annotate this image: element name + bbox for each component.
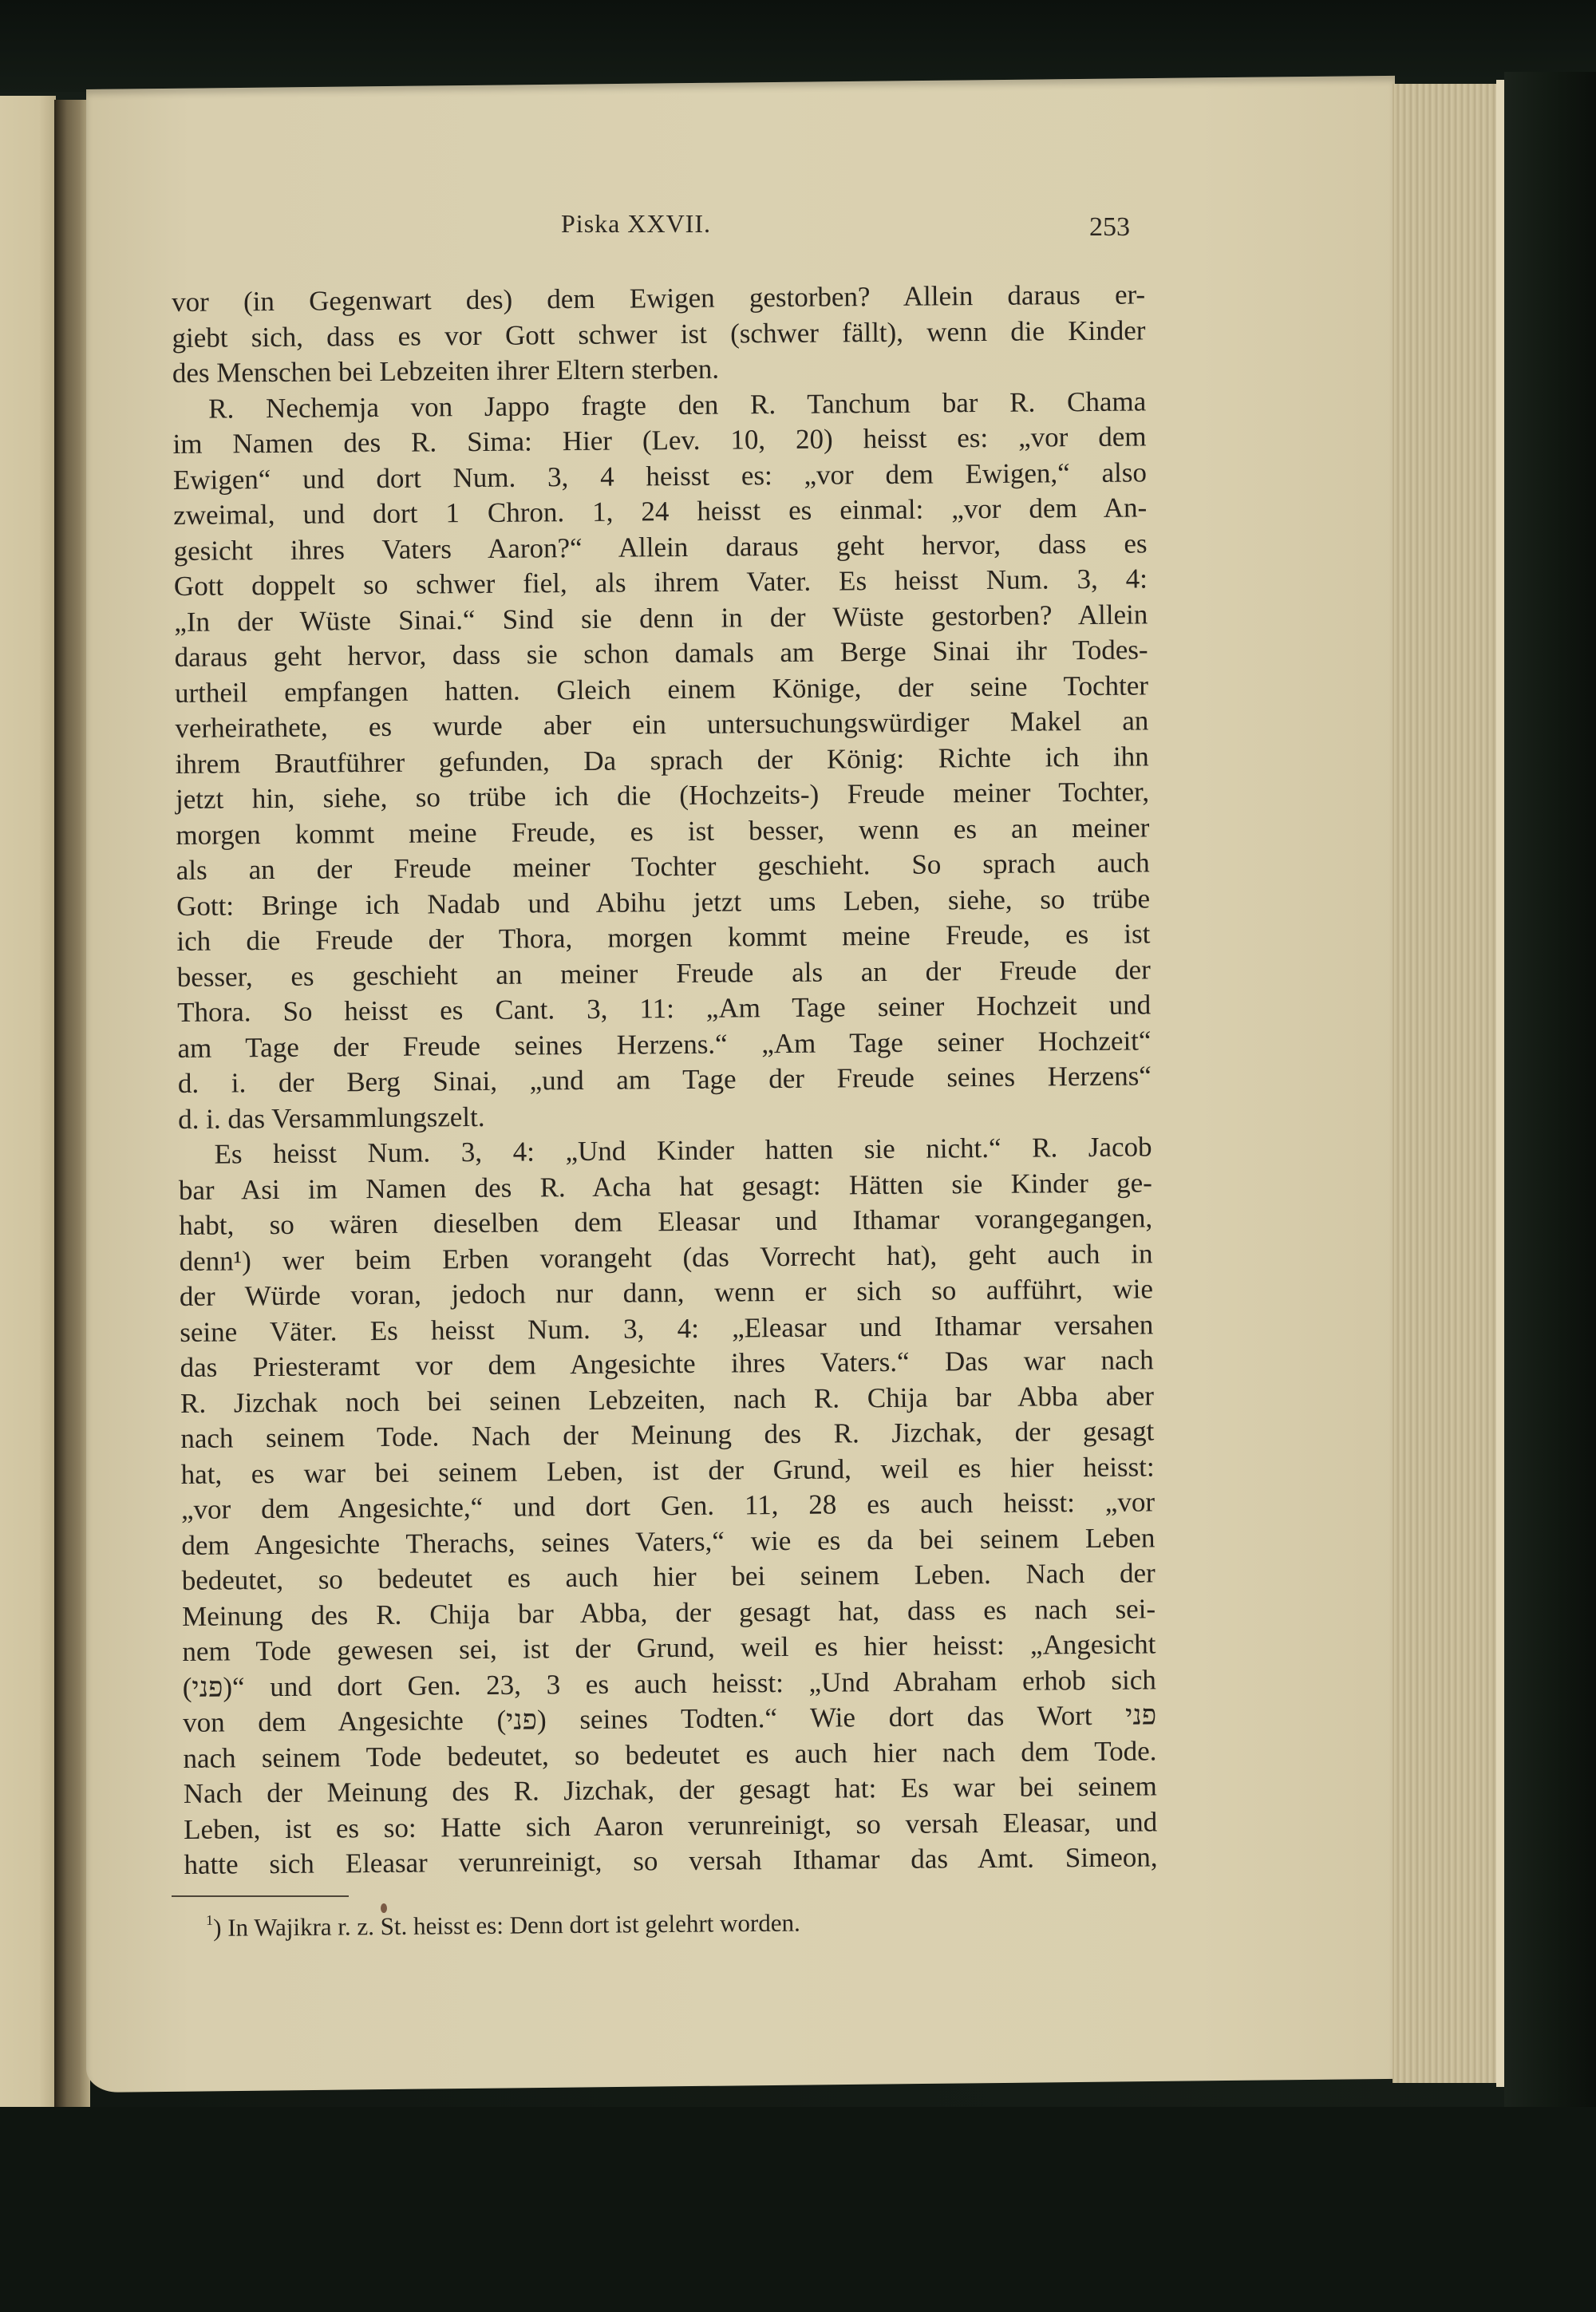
book-gutter bbox=[54, 100, 90, 2207]
page-edges-stack bbox=[1393, 84, 1502, 2083]
book-cover-right bbox=[1504, 72, 1596, 2163]
left-page-edge bbox=[0, 96, 56, 2251]
book-cover-bottom bbox=[0, 2107, 1596, 2312]
footnote-divider bbox=[172, 1895, 349, 1897]
footnote: 1) In Wajikra r. z. St. heisst es: Denn … bbox=[206, 1907, 800, 1942]
body-text: vor (in Gegenwart des) dem Ewigen gestor… bbox=[172, 277, 1158, 1883]
running-head-title: Piska XXVII. bbox=[561, 209, 711, 239]
page-number: 253 bbox=[1089, 212, 1130, 243]
page-edge-highlight bbox=[1496, 80, 1504, 2087]
footnote-text: ) In Wajikra r. z. St. heisst es: Denn d… bbox=[213, 1909, 800, 1942]
running-head: Piska XXVII. 253 bbox=[172, 209, 1145, 241]
footnote-marker: 1 bbox=[206, 1912, 213, 1928]
